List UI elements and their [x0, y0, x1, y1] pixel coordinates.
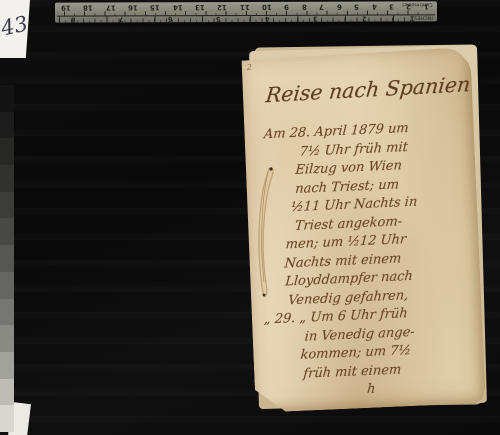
ruler-cm-number: 18 — [83, 4, 93, 12]
ruler-cm-number: 7 — [319, 3, 324, 11]
ruler-inch-number: 8 — [71, 16, 76, 23]
wedge-step — [0, 379, 14, 406]
scan-margin-corner: 43 — [0, 0, 30, 58]
ruler-cm-number: 17 — [106, 3, 116, 11]
ruler-cm-scale: 19181716151413121110987654321 — [61, 2, 429, 11]
ruler-inch-number: 2 — [362, 15, 367, 22]
binding-thread — [254, 162, 284, 302]
wedge-step — [0, 299, 14, 326]
ruler-inch-number: 4 — [265, 15, 270, 22]
ruler-cm-number: 11 — [240, 3, 250, 11]
manuscript-line: h — [366, 376, 485, 400]
wedge-step — [0, 218, 14, 245]
ruler-inch-label: INCHES — [414, 14, 433, 20]
ruler-cm-number: 19 — [61, 4, 71, 12]
ruler-cm-number: 16 — [128, 3, 138, 11]
ruler-inch-number: 5 — [216, 15, 221, 22]
ruler-cm-number: 10 — [262, 3, 272, 11]
wedge-step — [0, 165, 14, 192]
ruler-inch-number: 6 — [168, 15, 173, 22]
wedge-step — [0, 85, 14, 112]
wedge-step — [0, 112, 14, 139]
ruler: 19181716151413121110987654321 87654321 C… — [55, 1, 437, 22]
ruler-cm-number: 8 — [302, 3, 307, 11]
wedge-step — [0, 272, 14, 299]
wedge-step — [0, 352, 14, 379]
wedge-step — [0, 192, 14, 219]
wedge-step — [0, 245, 14, 272]
grayscale-calibration-wedge — [0, 85, 14, 432]
ruler-cm-number: 6 — [337, 3, 342, 11]
wedge-step — [0, 405, 14, 432]
ruler-inch-number: 3 — [313, 15, 318, 22]
ruler-cm-number: 5 — [354, 3, 359, 11]
ruler-cm-number: 9 — [284, 3, 289, 11]
ruler-cm-number: 12 — [217, 3, 227, 11]
ruler-cm-number: 4 — [372, 3, 377, 11]
archival-scan: 43 19181716151413121110987654321 8765432… — [0, 0, 500, 435]
ruler-cm-number: 15 — [150, 3, 160, 11]
corner-number: 43 — [0, 11, 30, 40]
ruler-cm-number: 13 — [195, 3, 205, 11]
ruler-cm-label: Centimetres — [402, 1, 433, 7]
ruler-inch-number: 7 — [119, 15, 124, 22]
page-corner-marks: 2 — [247, 62, 258, 71]
wedge-step — [0, 325, 14, 352]
ruler-inch-scale: 87654321 — [71, 14, 415, 22]
manuscript-title: Reise nach Spanien — [265, 72, 468, 107]
ruler-cm-number: 3 — [389, 2, 394, 10]
wedge-step — [0, 138, 14, 165]
ruler-cm-number: 14 — [173, 3, 183, 11]
